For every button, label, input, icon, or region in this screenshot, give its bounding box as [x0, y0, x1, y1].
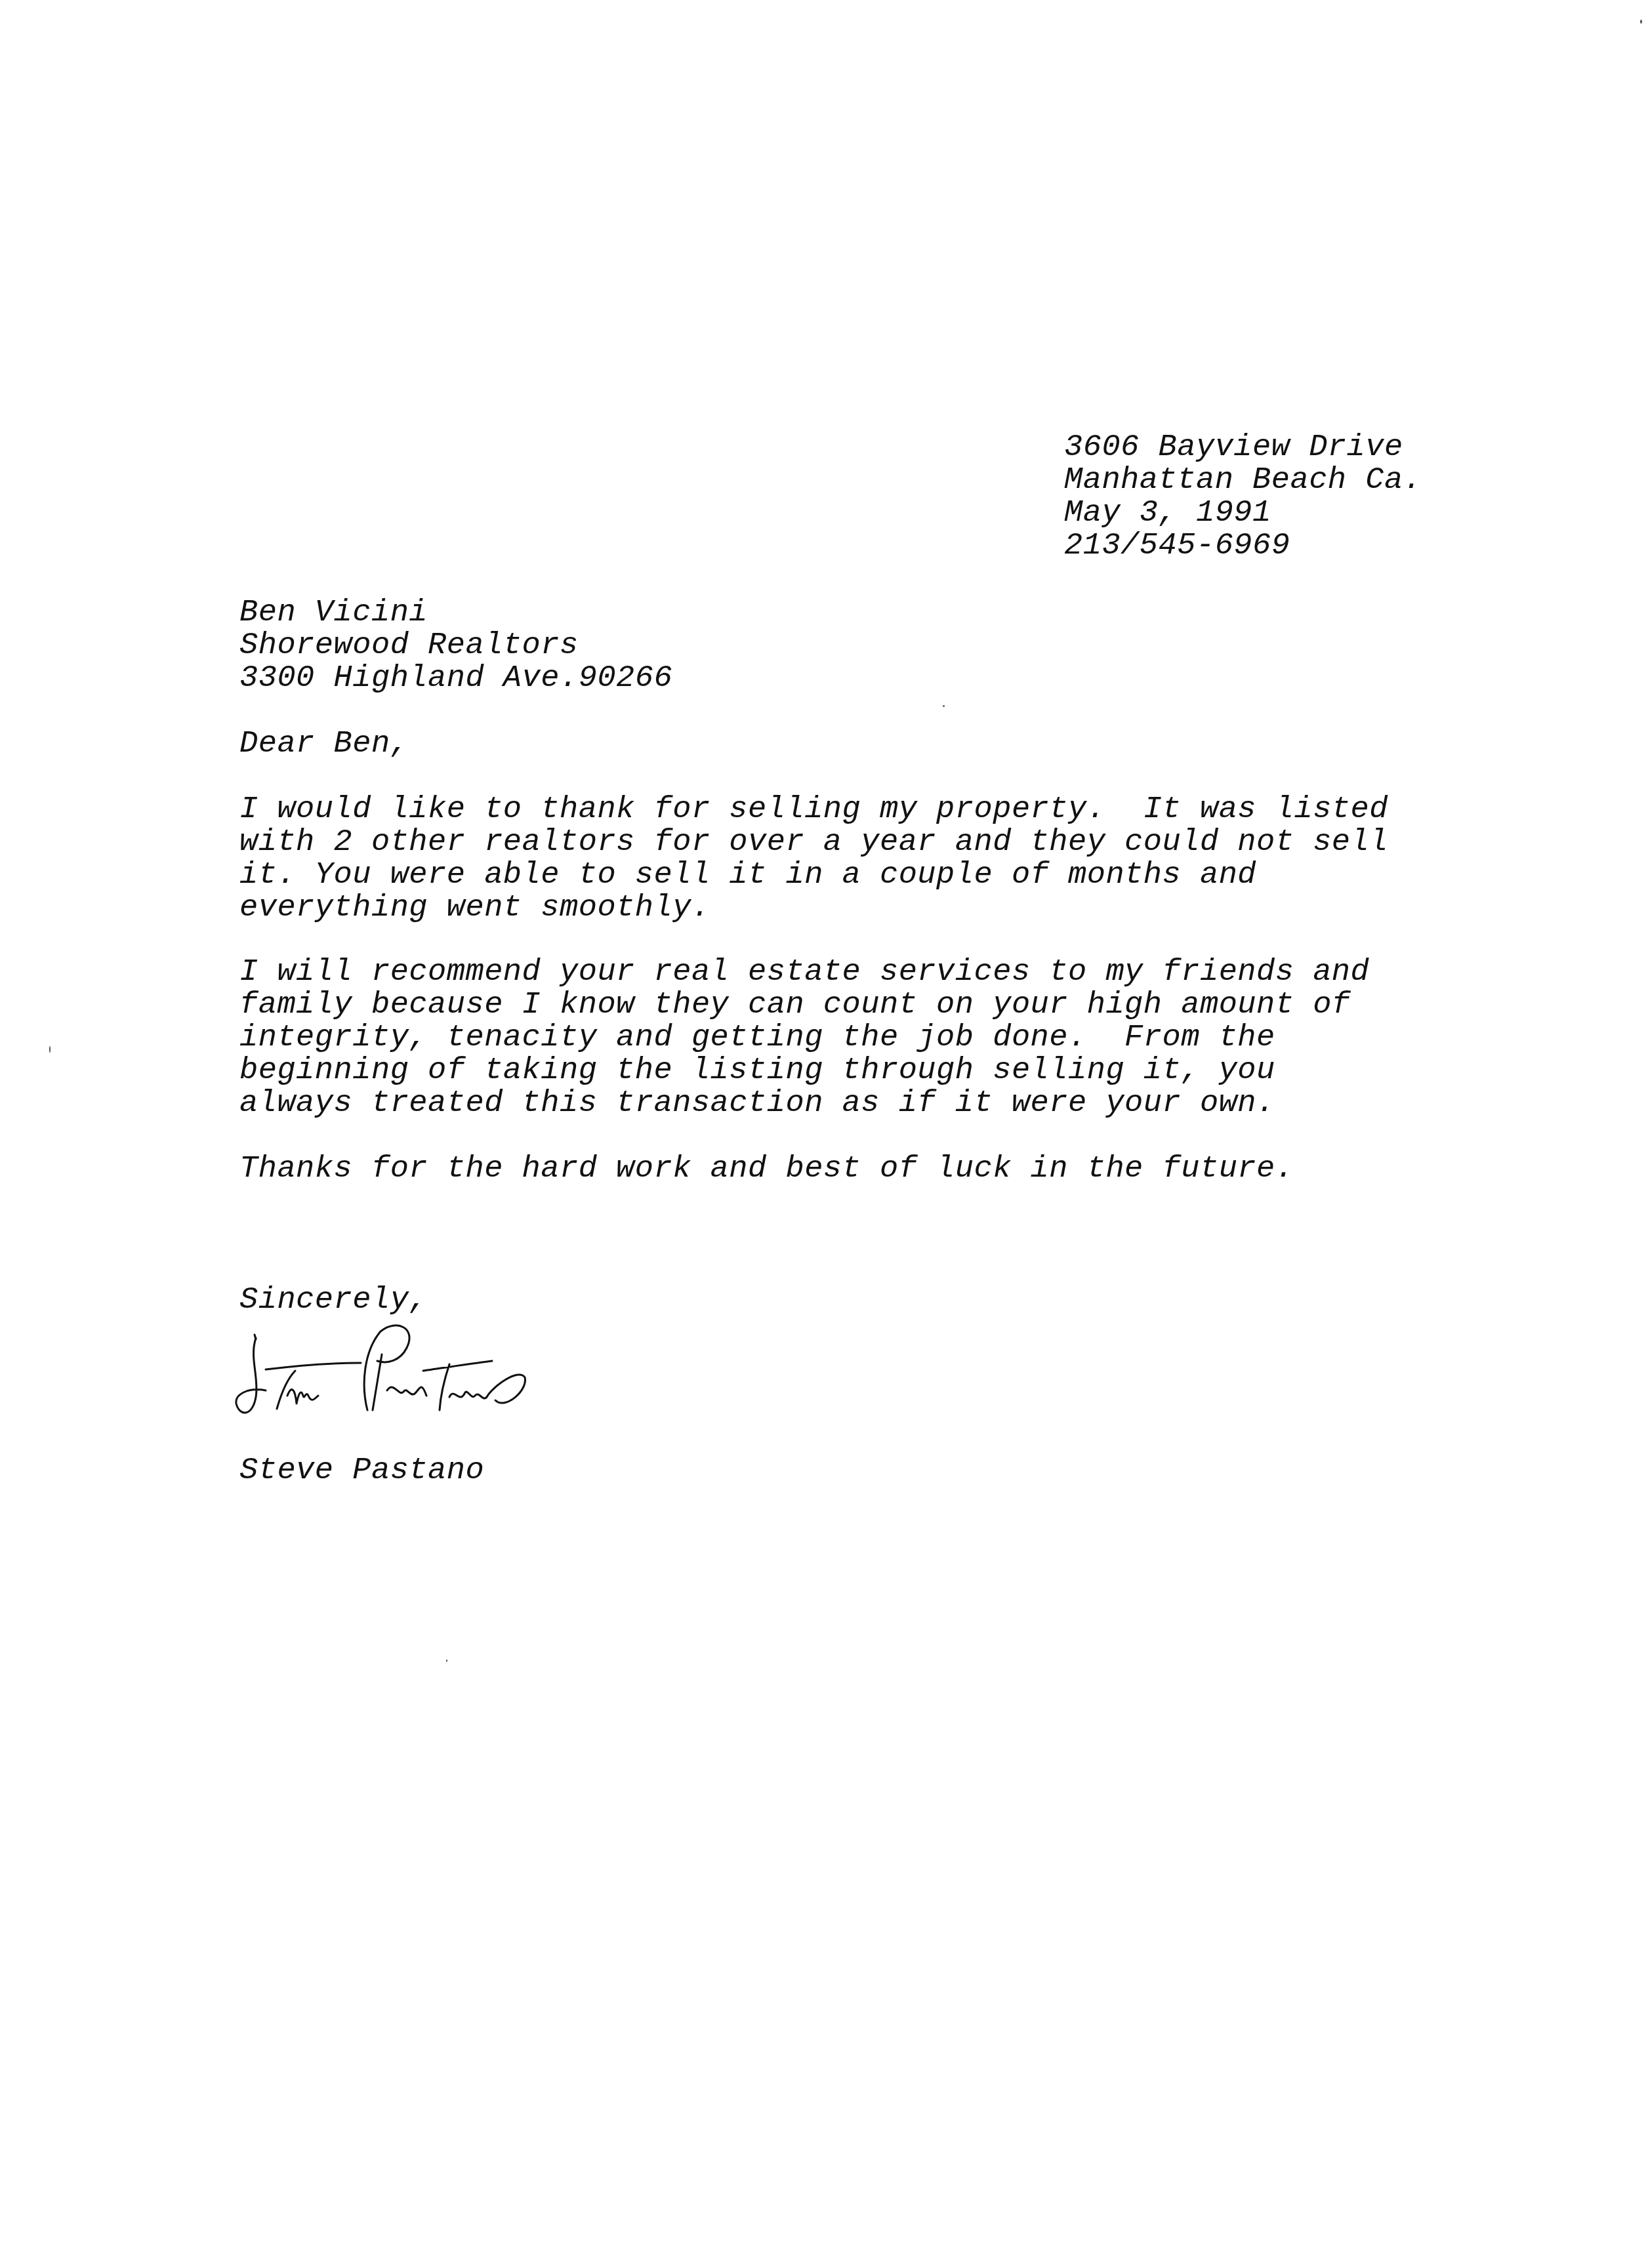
paragraph-line: always treated this transaction as if it…	[239, 1087, 1275, 1120]
recipient-address: 3300 Highland Ave.90266	[239, 662, 672, 695]
sender-phone: 213/545-6969	[1064, 530, 1290, 563]
paragraph-line: family because I know they can count on …	[239, 989, 1351, 1022]
sender-city: Manhattan Beach Ca.	[1064, 464, 1422, 497]
paragraph-line: everything went smoothly.	[239, 892, 711, 925]
paragraph-line: it. You were able to sell it in a couple…	[239, 859, 1256, 892]
paragraph-line: I would like to thank for selling my pro…	[239, 794, 1388, 826]
scan-artifact	[49, 1046, 51, 1053]
closing: Sincerely,	[239, 1284, 428, 1317]
recipient-company: Shorewood Realtors	[239, 630, 579, 662]
sender-street: 3606 Bayview Drive	[1064, 432, 1403, 464]
handwritten-signature	[230, 1318, 715, 1436]
paragraph-line: with 2 other realtors for over a year an…	[239, 826, 1388, 859]
paragraph-line: beginning of taking the listing through …	[239, 1055, 1275, 1087]
letter-date: May 3, 1991	[1064, 497, 1271, 530]
scan-artifact	[446, 1659, 447, 1662]
paragraph-line: I will recommend your real estate servic…	[239, 956, 1369, 989]
salutation: Dear Ben,	[239, 728, 409, 761]
recipient-name: Ben Vicini	[239, 597, 428, 630]
paragraph-line: Thanks for the hard work and best of luc…	[239, 1153, 1294, 1186]
scan-artifact	[943, 705, 945, 707]
paragraph-line: integrity, tenacity and getting the job …	[239, 1022, 1275, 1055]
signer-name: Steve Pastano	[239, 1455, 484, 1488]
scan-artifact	[1640, 20, 1642, 24]
